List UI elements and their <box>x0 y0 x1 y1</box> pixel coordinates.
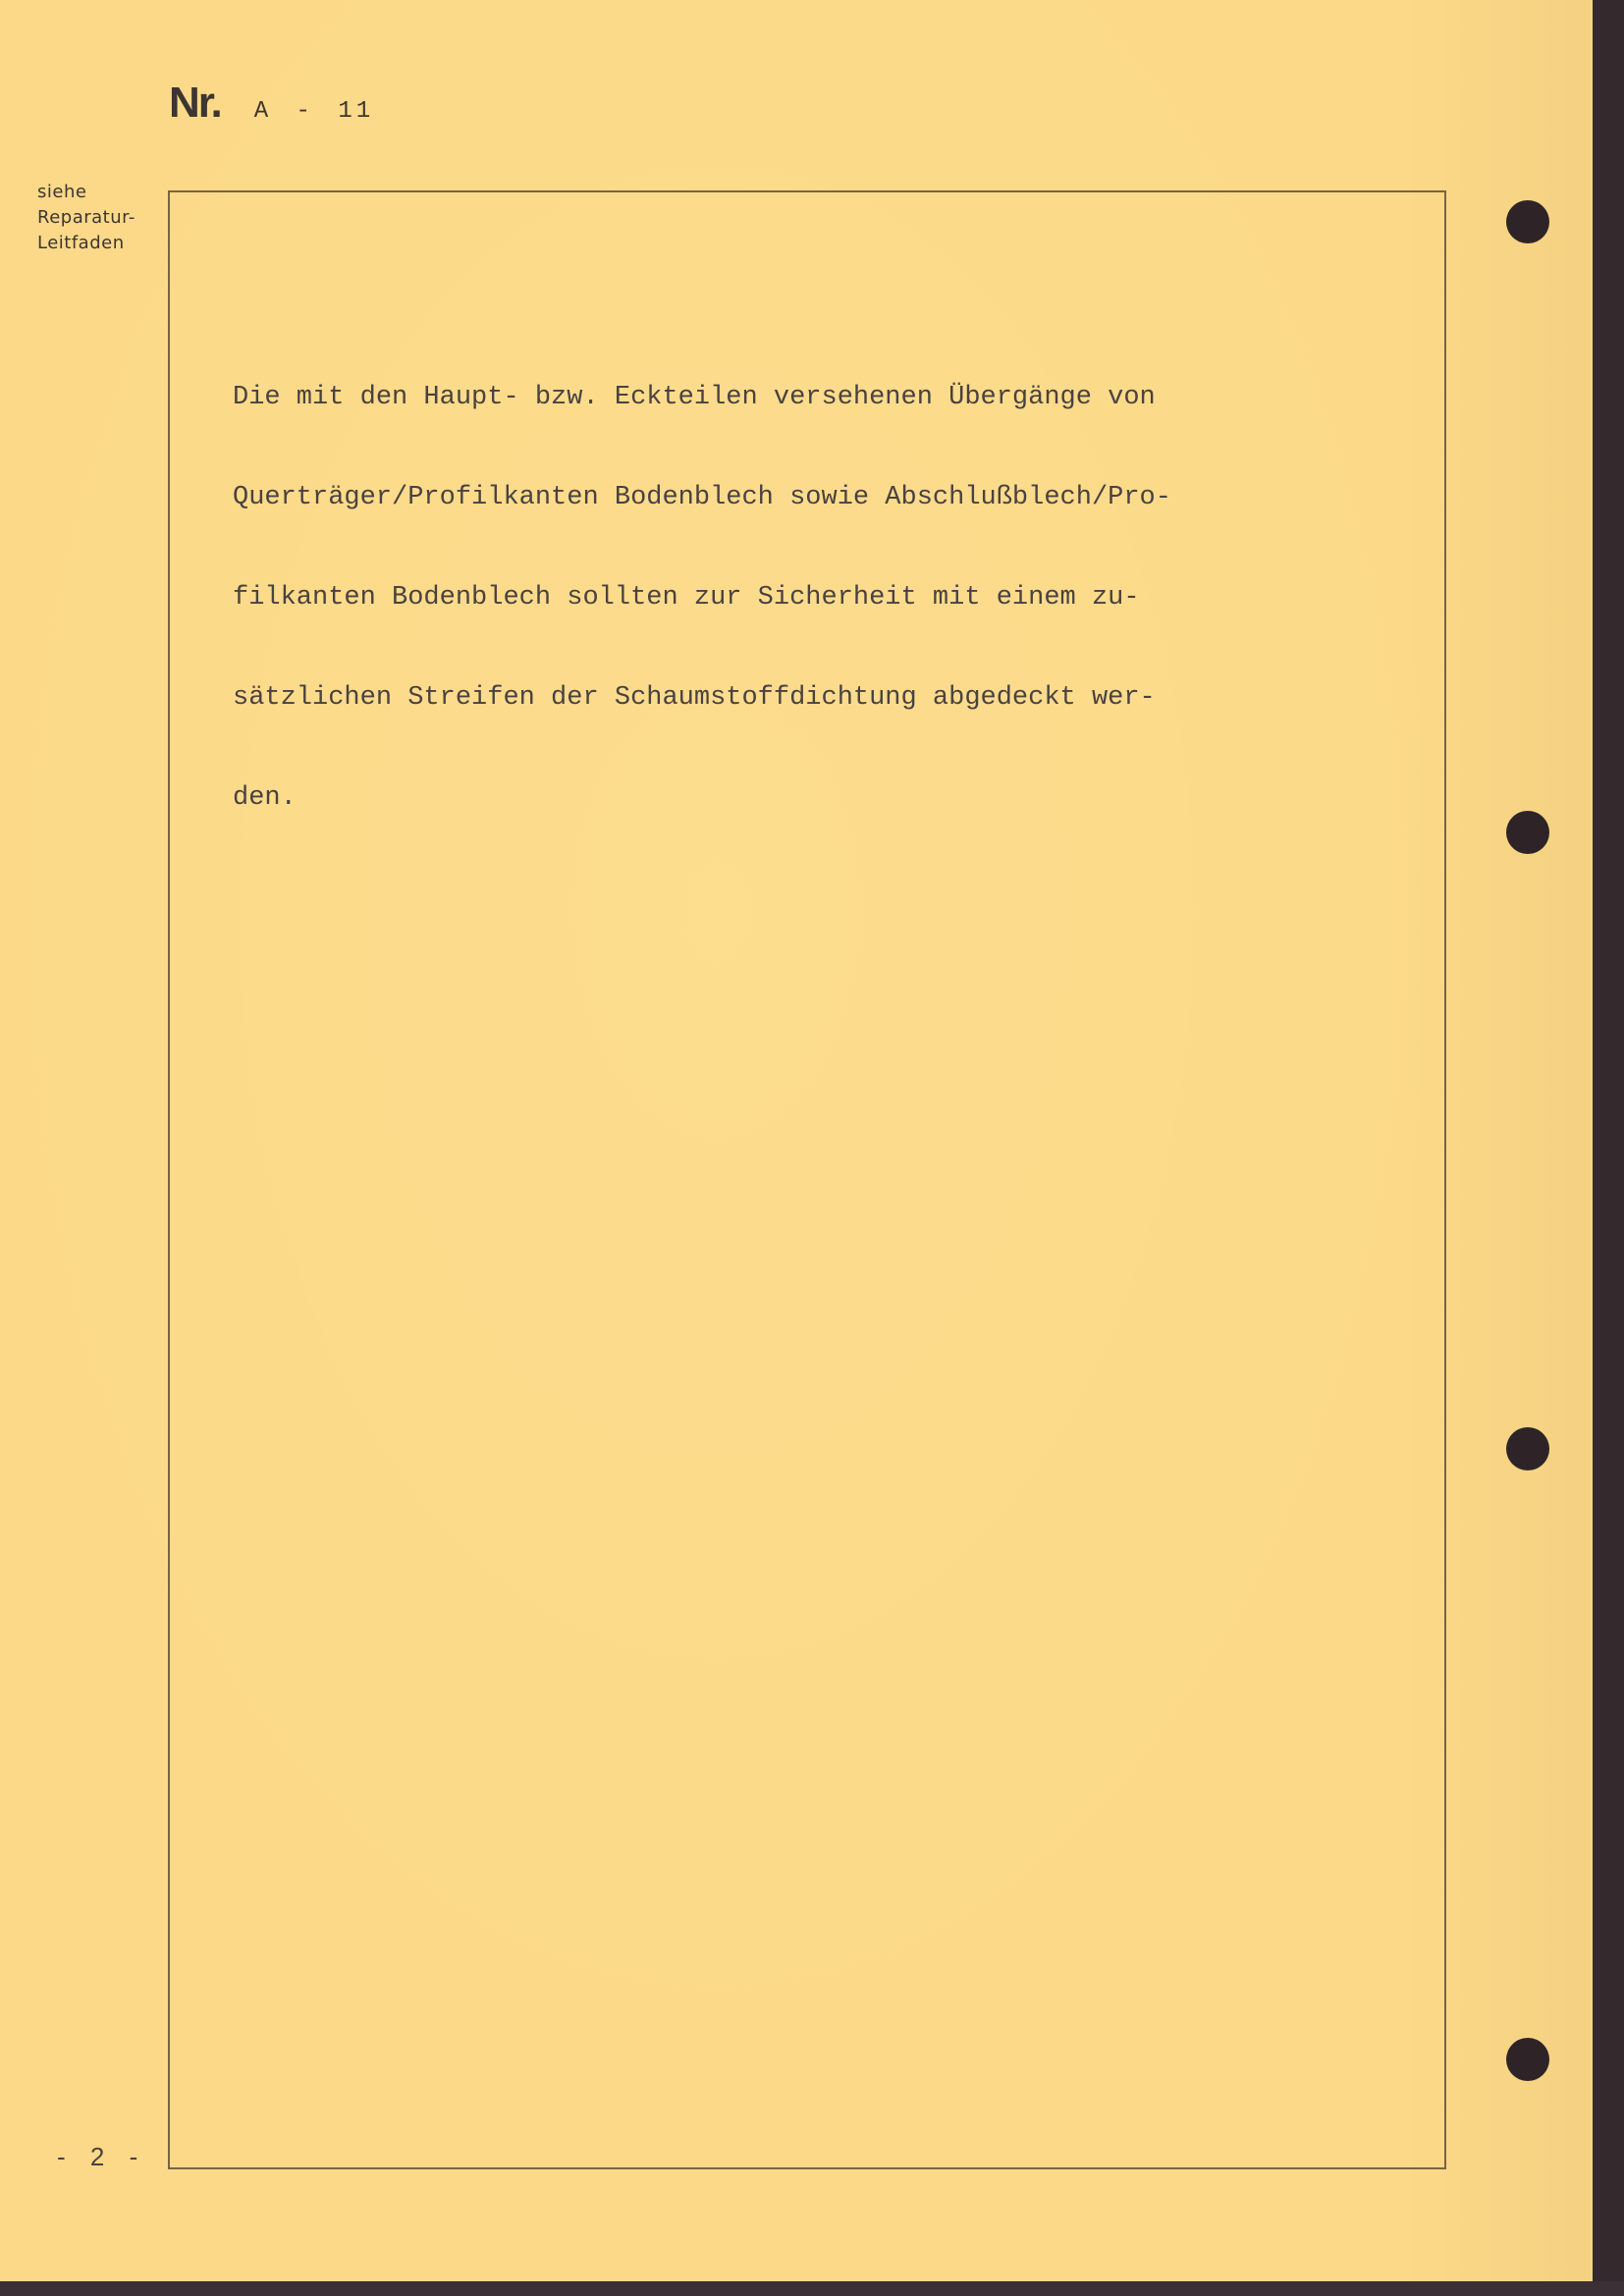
margin-note: siehe Reparatur- Leitfaden <box>37 180 135 256</box>
document-number-value: A - 11 <box>254 98 374 125</box>
body-paragraph: Die mit den Haupt- bzw. Eckteilen verseh… <box>233 314 1171 881</box>
scan-background-edge <box>1593 0 1624 2296</box>
punch-hole-icon <box>1506 1427 1549 1470</box>
body-line: filkanten Bodenblech sollten zur Sicherh… <box>233 581 1171 614</box>
page-number: - 2 - <box>57 2142 139 2172</box>
margin-note-line: Leitfaden <box>37 231 135 256</box>
document-number-prefix: Nr. <box>169 79 221 128</box>
punch-hole-icon <box>1506 200 1549 243</box>
document-number: Nr. A - 11 <box>169 79 374 128</box>
body-line: sätzlichen Streifen der Schaumstoffdicht… <box>233 681 1171 715</box>
document-page: Nr. A - 11 siehe Reparatur- Leitfaden Di… <box>0 0 1593 2281</box>
margin-note-line: Reparatur- <box>37 205 135 231</box>
scan-background-edge <box>0 2281 1624 2296</box>
body-line: den. <box>233 781 1171 815</box>
punch-hole-icon <box>1506 811 1549 854</box>
body-line: Querträger/Profilkanten Bodenblech sowie… <box>233 481 1171 514</box>
body-line: Die mit den Haupt- bzw. Eckteilen verseh… <box>233 381 1171 414</box>
margin-note-line: siehe <box>37 180 135 205</box>
punch-hole-icon <box>1506 2038 1549 2081</box>
